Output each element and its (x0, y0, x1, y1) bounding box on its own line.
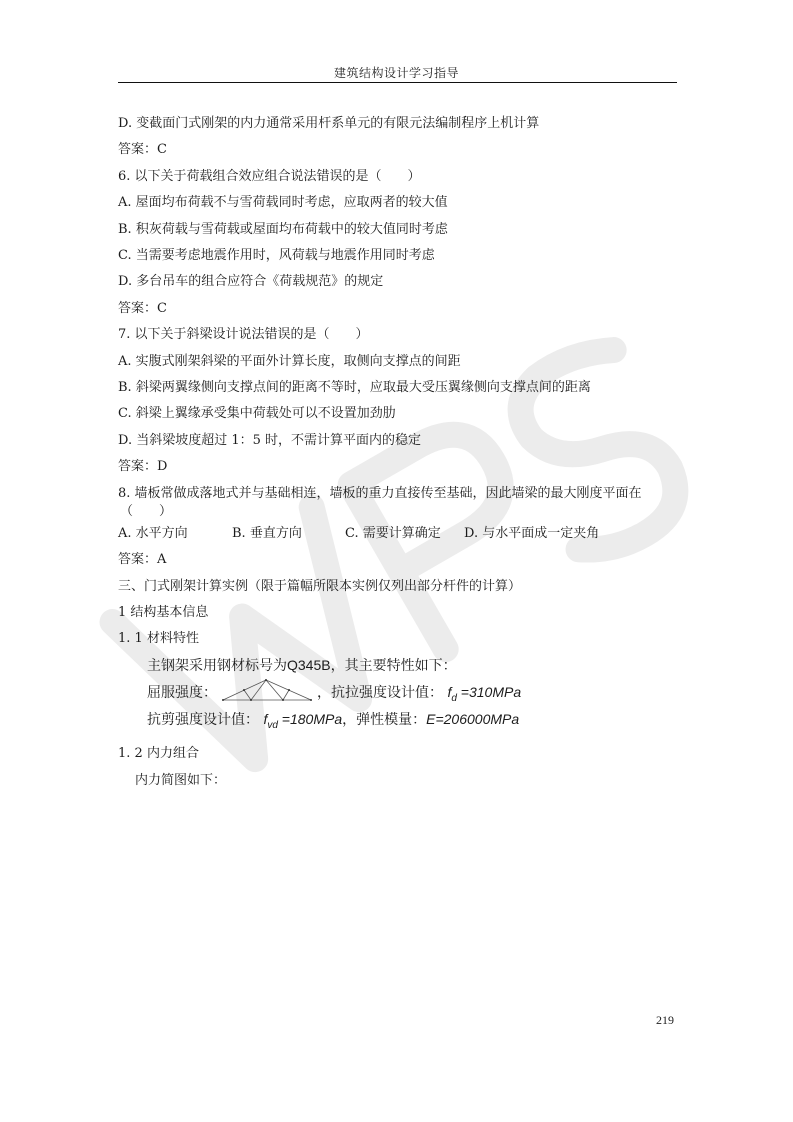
yield-strength-label: 屈服强度： (147, 685, 217, 701)
q6-option-c: C. 当需要考虑地震作用时，风荷载与地震作用同时考虑 (118, 243, 688, 269)
material-intro: 主钢架采用钢材标号为Q345B，其主要特性如下： (147, 655, 688, 677)
running-header-title: 建筑结构设计学习指导 (0, 64, 793, 81)
material-shear-line: 抗剪强度设计值： fvd =180MPa，弹性模量：E=206000MPa (147, 709, 688, 736)
q5-option-d: D. 变截面门式刚架的内力通常采用杆系单元的有限元法编制程序上机计算 (118, 111, 688, 137)
q6-option-b: B. 积灰荷载与雪荷载或屋面均布荷载中的较大值同时考虑 (118, 217, 688, 243)
elastic-modulus-label: ，弹性模量： (342, 712, 426, 728)
q8-question: 8. 墙板常做成落地式并与基础相连，墙板的重力直接传至基础，因此墙梁的最大刚度平… (118, 481, 688, 521)
page-number: 219 (656, 1013, 674, 1028)
section-1-title: 1 结构基本信息 (118, 600, 688, 626)
section-3-title: 三、门式刚架计算实例（限于篇幅所限本实例仅列出部分杆件的计算） (118, 574, 688, 600)
shear-strength-label: 抗剪强度设计值： (147, 712, 259, 728)
material-strength-line: 屈服强度： ，抗拉强度设计值： fd =310MPa (147, 677, 688, 709)
q7-question: 7. 以下关于斜梁设计说法错误的是（ ） (118, 322, 688, 348)
internal-force-diagram-caption: 内力简图如下： (118, 768, 688, 794)
q5-answer: 答案：C (118, 137, 688, 163)
q8-question-line1: 8. 墙板常做成落地式并与基础相连，墙板的重力直接传至基础，因此墙梁的最大刚度平… (118, 485, 688, 503)
steel-grade: Q345B (287, 657, 331, 673)
q8-options: A. 水平方向 B. 垂直方向 C. 需要计算确定 D. 与水平面成一定夹角 (118, 521, 688, 547)
q6-option-d: D. 多台吊车的组合应符合《荷载规范》的规定 (118, 269, 688, 295)
section-1-2-title: 1. 2 内力组合 (118, 741, 688, 767)
truss-diagram-icon (221, 677, 313, 703)
material-properties: 主钢架采用钢材标号为Q345B，其主要特性如下： 屈服强度： ，抗拉强度设计值： (118, 655, 688, 736)
section-1-1-title: 1. 1 材料特性 (118, 626, 688, 652)
q8-question-line2: （ ） (118, 503, 688, 521)
tensile-strength-label: ，抗拉强度设计值： (317, 685, 443, 701)
q8-option-c: C. 需要计算确定 (345, 521, 464, 547)
q7-option-a: A. 实腹式刚架斜梁的平面外计算长度，取侧向支撑点的间距 (118, 349, 688, 375)
q6-answer: 答案：C (118, 296, 688, 322)
q7-option-d: D. 当斜梁坡度超过 1：5 时，不需计算平面内的稳定 (118, 428, 688, 454)
e-formula: E=206000MPa (426, 711, 519, 727)
fvd-formula: fvd =180MPa (263, 711, 342, 727)
q8-option-a: A. 水平方向 (118, 521, 232, 547)
q7-option-b: B. 斜梁两翼缘侧向支撑点间的距离不等时，应取最大受压翼缘侧向支撑点间的距离 (118, 375, 688, 401)
q8-option-b: B. 垂直方向 (232, 521, 345, 547)
page-content: D. 变截面门式刚架的内力通常采用杆系单元的有限元法编制程序上机计算 答案：C … (118, 111, 688, 794)
header-divider (118, 82, 677, 83)
q8-option-d: D. 与水平面成一定夹角 (464, 521, 599, 547)
fd-formula: fd =310MPa (447, 684, 521, 700)
q7-option-c: C. 斜梁上翼缘承受集中荷载处可以不设置加劲肋 (118, 401, 688, 427)
q7-answer: 答案：D (118, 454, 688, 480)
q6-question: 6. 以下关于荷载组合效应组合说法错误的是（ ） (118, 164, 688, 190)
q8-answer: 答案：A (118, 547, 688, 573)
q6-option-a: A. 屋面均布荷载不与雪荷载同时考虑，应取两者的较大值 (118, 190, 688, 216)
